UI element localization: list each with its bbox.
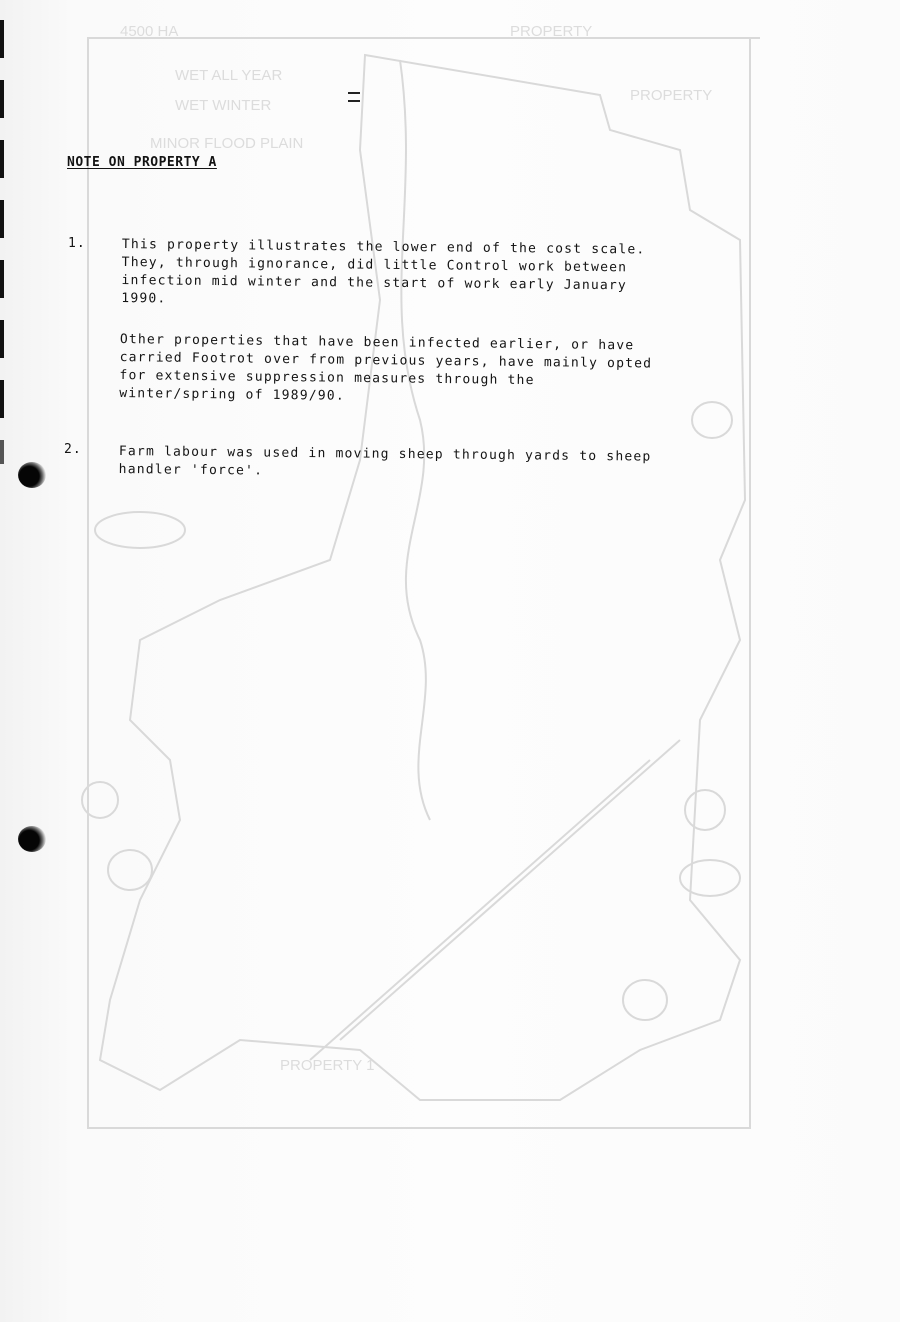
item-number: 1. [68, 236, 86, 251]
punch-hole [18, 826, 46, 852]
svg-text:PROPERTY 1: PROPERTY 1 [280, 1057, 374, 1074]
binder-edge-mark [0, 140, 4, 178]
svg-text:4500 HA: 4500 HA [120, 23, 178, 40]
svg-text:WET ALL YEAR: WET ALL YEAR [175, 67, 282, 84]
item-number: 2. [64, 442, 82, 457]
binder-edge-mark [0, 260, 4, 298]
svg-text:MINOR FLOOD PLAIN: MINOR FLOOD PLAIN [150, 135, 303, 152]
punch-hole [18, 462, 46, 488]
item-2-paragraph-1: Farm labour was used in moving sheep thr… [119, 443, 819, 486]
binder-edge-mark [0, 380, 4, 418]
binder-edge-mark [0, 320, 4, 358]
svg-text:WET WINTER: WET WINTER [175, 97, 272, 114]
binder-edge-mark [0, 440, 4, 464]
background-map-bleedthrough: WET ALL YEAR WET WINTER MINOR FLOOD PLAI… [0, 0, 900, 1322]
document-heading: NOTE ON PROPERTY A [67, 155, 217, 170]
binder-edge-mark [0, 80, 4, 118]
svg-text:PROPERTY: PROPERTY [630, 87, 712, 104]
svg-text:PROPERTY: PROPERTY [510, 23, 592, 40]
item-1-paragraph-1: This property illustrates the lower end … [121, 236, 822, 315]
binder-edge-mark [0, 20, 4, 58]
item-1-paragraph-2: Other properties that have been infected… [119, 331, 820, 412]
binder-edge-mark [0, 200, 4, 238]
stray-mark [348, 92, 360, 94]
